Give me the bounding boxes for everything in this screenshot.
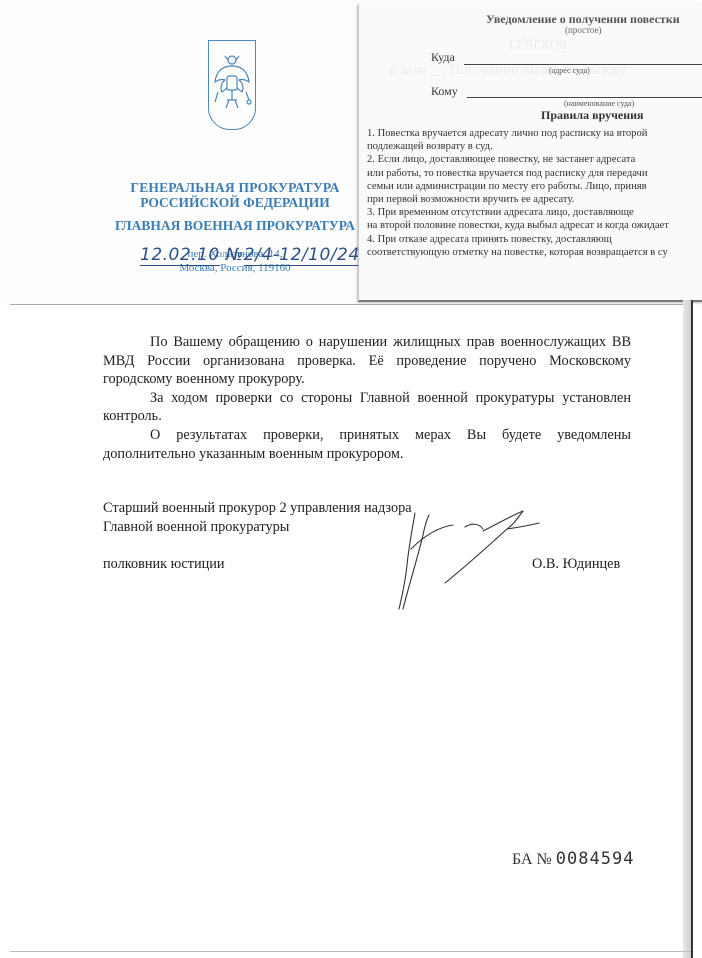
rules-line: соответствующую отметку на повестке, кот… — [367, 246, 702, 259]
rules-line: на второй половине повестки, куда выбыл … — [367, 219, 702, 232]
to-where-caption: (адрес суда) — [549, 66, 590, 75]
rules-line: или работы, то повестка вручается под ра… — [367, 167, 702, 180]
letterhead: ГЕНЕРАЛЬНАЯ ПРОКУРАТУРА РОССИЙСКОЙ ФЕДЕР… — [100, 40, 370, 275]
rules-line: подлежащей возврату в суд. — [367, 140, 702, 153]
summons-notice-card: ГЕДЕКОЯ в зале __ Постоянно вызов по выз… — [358, 4, 702, 302]
rules-line: 4. При отказе адресата принять повестку,… — [367, 233, 702, 246]
signatory-name: О.В. Юдинцев — [532, 556, 620, 573]
coat-of-arms-icon — [208, 40, 256, 130]
rules-title: Правила вручения — [541, 108, 644, 123]
to-whom-line — [467, 97, 702, 98]
rules-list: 1. Повестка вручается адресату лично под… — [367, 127, 702, 259]
serial-series: БА № — [512, 851, 552, 868]
position-line2: Главной военной прокуратуры — [103, 518, 412, 537]
rules-line: семьи или администрации по месту его раб… — [367, 180, 702, 193]
to-where-line — [464, 64, 702, 65]
scan-edge-shadow — [683, 300, 691, 958]
paragraph: О результатах проверки, принятых мерах В… — [103, 426, 631, 463]
position-line1: Старший военный прокурор 2 управления на… — [103, 499, 412, 518]
to-whom-caption: (наименование суда) — [564, 99, 634, 108]
org-name-line1: ГЕНЕРАЛЬНАЯ ПРОКУРАТУРА — [100, 180, 370, 195]
bleed-through-text: ГЕДЕКОЯ — [509, 36, 567, 52]
to-where-label: Куда — [431, 50, 455, 65]
form-serial: БА № 0084594 — [512, 849, 634, 869]
serial-number: 0084594 — [556, 849, 635, 869]
letter-date: 12.02.10 — [140, 245, 220, 266]
signatory-position: Старший военный прокурор 2 управления на… — [103, 499, 412, 537]
scan-bottom-edge — [10, 951, 691, 952]
paragraph: По Вашему обращению о нарушении жилищных… — [103, 333, 631, 389]
rules-line: 3. При временном отсутствии адресата лиц… — [367, 206, 702, 219]
rules-line: 1. Повестка вручается адресату лично под… — [367, 127, 702, 140]
letter-body: По Вашему обращению о нарушении жилищных… — [103, 333, 631, 463]
signatory-rank: полковник юстиции — [103, 556, 225, 573]
registration-line: 12.02.10 №2/4-12/10/2423 — [140, 245, 382, 265]
card-subtitle: (простое) — [565, 25, 601, 35]
to-whom-label: Кому — [431, 84, 458, 99]
paragraph: За ходом проверки со стороны Главной вое… — [103, 389, 631, 426]
number-sign: № — [226, 245, 244, 265]
org-name-line2: РОССИЙСКОЙ ФЕДЕРАЦИИ — [100, 195, 370, 210]
org-name-line3: ГЛАВНАЯ ВОЕННАЯ ПРОКУРАТУРА — [100, 218, 370, 234]
rules-line: при первой возможности вручить ее адреса… — [367, 193, 702, 206]
scan-edge — [691, 300, 693, 958]
rules-line: 2. Если лицо, доставляющее повестку, не … — [367, 153, 702, 166]
handwritten-signature-icon — [395, 505, 545, 620]
fold-line — [10, 304, 690, 305]
